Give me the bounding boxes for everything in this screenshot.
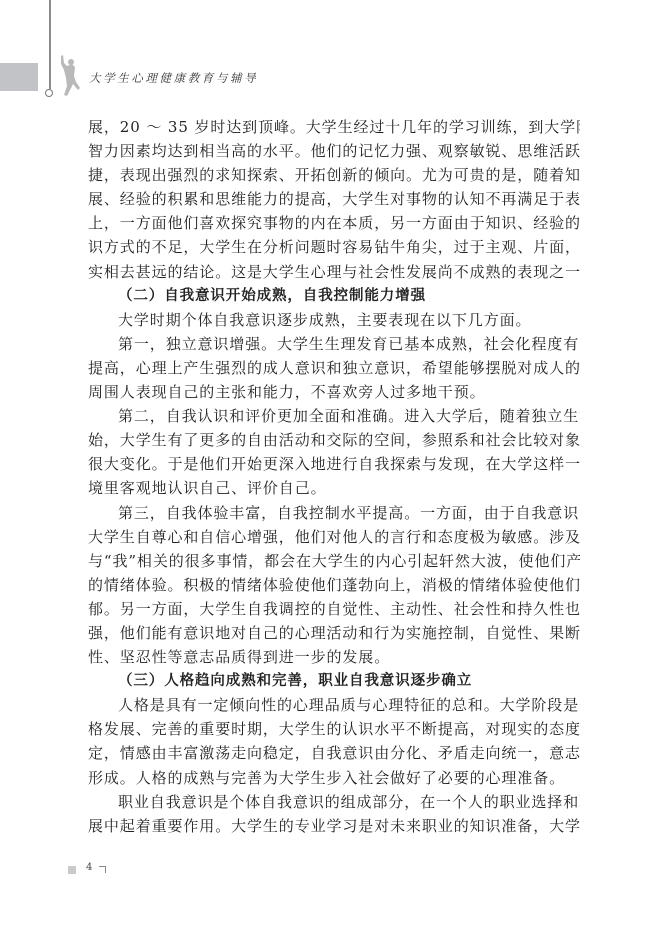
- text-line: 与“我”相关的很多事情，都会在大学生的内心引起轩然大波，使他们产生强烈: [88, 549, 580, 573]
- header-vertical-rule: [49, 0, 51, 89]
- text-line: 提高，心理上产生强烈的成人意识和独立意识，希望能够摆脱对成人的依赖，向: [88, 356, 580, 380]
- text-line: 展，20 ～ 35 岁时达到顶峰。大学生经过十几年的学习训练，到大学阶段，各项: [88, 115, 580, 139]
- text-line: 捷，表现出强烈的求知探索、开拓创新的倾向。尤为可贵的是，随着知识的拓: [88, 163, 580, 187]
- text-line: 展、经验的积累和思维能力的提高，大学生对事物的认知不再满足于表层或定论: [88, 187, 580, 211]
- footer-decor-square: [68, 866, 76, 874]
- text-line: 第一，独立意识增强。大学生生理发育已基本成熟，社会化程度有了很大: [88, 332, 580, 356]
- text-line: 大学生自尊心和自信心增强，他们对他人的言行和态度极为敏感。涉及“我”和: [88, 525, 580, 549]
- running-header-title: 大学生心理健康教育与辅导: [89, 70, 258, 86]
- text-line: 性、坚忍性等意志品质得到进一步的发展。: [88, 645, 580, 669]
- jumping-person-icon: [58, 54, 82, 98]
- section-heading: （二）自我意识开始成熟，自我控制能力增强: [88, 284, 580, 308]
- text-line: 始，大学生有了更多的自由活动和交际的空间，参照系和社会比较对象都发生了: [88, 428, 580, 452]
- text-line: 大学时期个体自我意识逐步成熟，主要表现在以下几方面。: [88, 308, 580, 332]
- text-line: 强，他们能有意识地对自己的心理活动和行为实施控制，自觉性、果断性、自制: [88, 621, 580, 645]
- text-line: 上，一方面他们喜欢探究事物的内在本质，另一方面由于知识、经验的局限和认: [88, 211, 580, 235]
- text-line: 定，情感由丰富激荡走向稳定，自我意识由分化、矛盾走向统一，意志品质逐步: [88, 741, 580, 765]
- header-decor-block: [0, 63, 38, 91]
- text-line: 第三，自我体验丰富，自我控制水平提高。一方面，由于自我意识的发展，: [88, 501, 580, 525]
- text-line: 境里客观地认识自己、评价自己。: [88, 476, 580, 500]
- text-line: 很大变化。于是他们开始更深入地进行自我探索与发现，在大学这样一个特殊环: [88, 452, 580, 476]
- header-rule-end-circle: [45, 89, 53, 97]
- page-number: 4: [86, 862, 92, 873]
- page-body-text: 展，20 ～ 35 岁时达到顶峰。大学生经过十几年的学习训练，到大学阶段，各项 …: [88, 115, 580, 838]
- section-heading: （三）人格趋向成熟和完善，职业自我意识逐步确立: [88, 669, 580, 693]
- text-line: 职业自我意识是个体自我意识的组成部分，在一个人的职业选择和职业发: [88, 790, 580, 814]
- text-line: 第二，自我认识和评价更加全面和准确。进入大学后，随着独立生活的开: [88, 404, 580, 428]
- text-line: 的情绪体验。积极的情绪体验使他们蓬勃向上，消极的情绪体验使他们低沉、抑: [88, 573, 580, 597]
- text-line: 人格是具有一定倾向性的心理品质与心理特征的总和。大学阶段是个体人: [88, 693, 580, 717]
- text-line: 智力因素均达到相当高的水平。他们的记忆力强、观察敏锐、思维活跃、反应敏: [88, 139, 580, 163]
- text-line: 格发展、完善的重要时期，大学生的认识水平不断提高，对现实的态度渐趋稳: [88, 717, 580, 741]
- text-line: 周围人表现自己的主张和能力，不喜欢旁人过多地干预。: [88, 380, 580, 404]
- text-line: 展中起着重要作用。大学生的专业学习是对未来职业的知识准备，大学毕业生直: [88, 814, 580, 838]
- text-line: 形成。人格的成熟与完善为大学生步入社会做好了必要的心理准备。: [88, 766, 580, 790]
- text-line: 郁。另一方面，大学生自我调控的自觉性、主动性、社会性和持久性也在不断增: [88, 597, 580, 621]
- footer-corner-mark: [99, 866, 106, 873]
- text-line: 实相去甚远的结论。这是大学生心理与社会性发展尚不成熟的表现之一。: [88, 260, 580, 284]
- text-line: 识方式的不足，大学生在分析问题时容易钻牛角尖，过于主观、片面，得出与事: [88, 235, 580, 259]
